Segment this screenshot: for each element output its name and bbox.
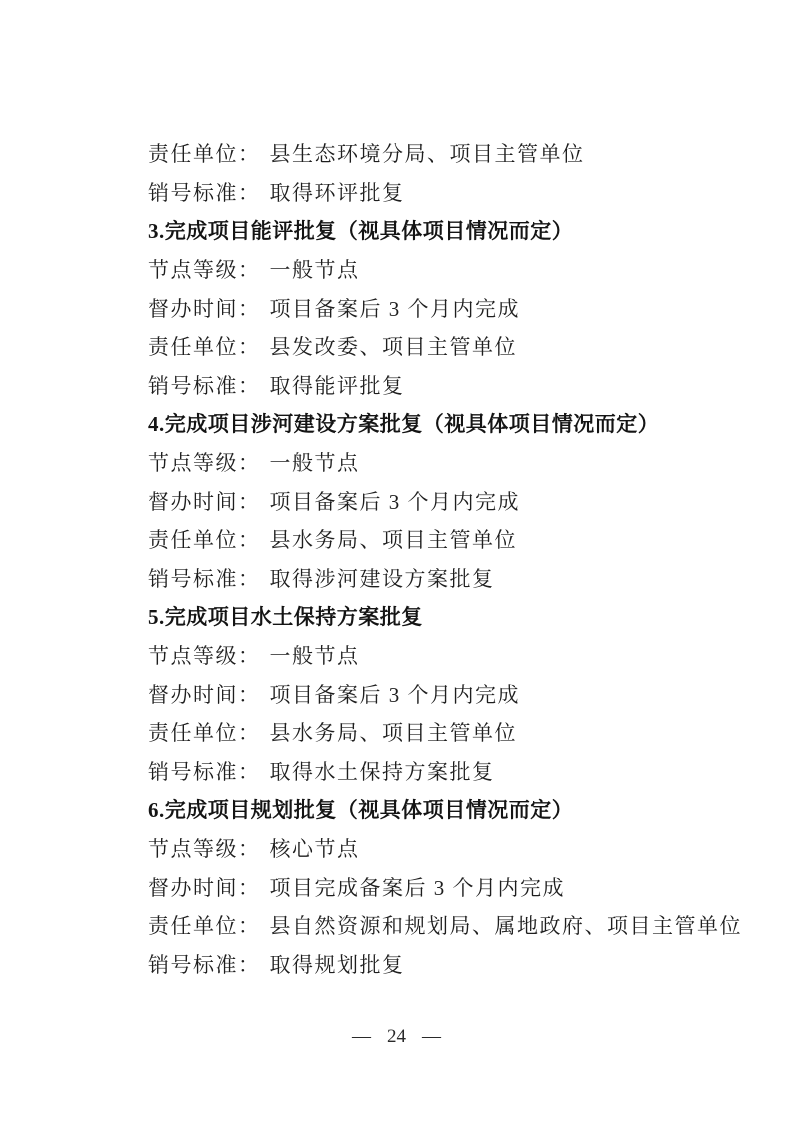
field-line: 节点等级：一般节点	[148, 443, 778, 482]
page-footer: —24—	[0, 1026, 793, 1048]
field-label: 责任单位：	[148, 138, 261, 168]
field-line: 督办时间：项目备案后 3 个月内完成	[148, 481, 778, 520]
field-line: 销号标准：取得环评批复	[148, 173, 778, 212]
field-value: 取得能评批复	[270, 370, 405, 400]
field-label: 销号标准：	[148, 563, 261, 593]
field-label: 督办时间：	[148, 872, 261, 902]
field-label: 销号标准：	[148, 949, 261, 979]
field-label: 销号标准：	[148, 756, 261, 786]
field-value: 县自然资源和规划局、属地政府、项目主管单位	[270, 910, 743, 940]
section-heading: 6.完成项目规划批复（视具体项目情况而定）	[148, 790, 778, 829]
field-line: 节点等级：一般节点	[148, 250, 778, 289]
field-label: 节点等级：	[148, 640, 261, 670]
field-label: 责任单位：	[148, 331, 261, 361]
field-label: 销号标准：	[148, 177, 261, 207]
field-label: 节点等级：	[148, 833, 261, 863]
field-line: 责任单位：县生态环境分局、项目主管单位	[148, 134, 778, 173]
field-value: 核心节点	[270, 833, 360, 863]
section-heading: 4.完成项目涉河建设方案批复（视具体项目情况而定）	[148, 404, 778, 443]
field-label: 责任单位：	[148, 524, 261, 554]
field-line: 责任单位：县水务局、项目主管单位	[148, 520, 778, 559]
document-body: 责任单位：县生态环境分局、项目主管单位销号标准：取得环评批复3.完成项目能评批复…	[148, 134, 778, 983]
field-value: 项目备案后 3 个月内完成	[270, 679, 521, 709]
field-label: 督办时间：	[148, 679, 261, 709]
field-value: 一般节点	[270, 254, 360, 284]
field-line: 销号标准：取得水土保持方案批复	[148, 752, 778, 791]
field-value: 县发改委、项目主管单位	[270, 331, 518, 361]
field-line: 销号标准：取得能评批复	[148, 366, 778, 405]
field-label: 销号标准：	[148, 370, 261, 400]
page-number: 24	[387, 1026, 406, 1047]
field-label: 责任单位：	[148, 717, 261, 747]
field-value: 一般节点	[270, 640, 360, 670]
field-value: 项目完成备案后 3 个月内完成	[270, 872, 566, 902]
field-line: 督办时间：项目完成备案后 3 个月内完成	[148, 867, 778, 906]
field-value: 县水务局、项目主管单位	[270, 524, 518, 554]
field-label: 督办时间：	[148, 486, 261, 516]
section-heading: 5.完成项目水土保持方案批复	[148, 597, 778, 636]
field-value: 取得环评批复	[270, 177, 405, 207]
footer-left-dash: —	[352, 1026, 371, 1047]
field-label: 节点等级：	[148, 447, 261, 477]
section-heading: 3.完成项目能评批复（视具体项目情况而定）	[148, 211, 778, 250]
field-line: 销号标准：取得规划批复	[148, 944, 778, 983]
field-line: 责任单位：县水务局、项目主管单位	[148, 713, 778, 752]
field-value: 一般节点	[270, 447, 360, 477]
field-value: 取得规划批复	[270, 949, 405, 979]
field-line: 责任单位：县发改委、项目主管单位	[148, 327, 778, 366]
field-value: 取得水土保持方案批复	[270, 756, 495, 786]
field-line: 销号标准：取得涉河建设方案批复	[148, 559, 778, 598]
field-value: 取得涉河建设方案批复	[270, 563, 495, 593]
document-page: 责任单位：县生态环境分局、项目主管单位销号标准：取得环评批复3.完成项目能评批复…	[0, 0, 793, 1122]
field-line: 督办时间：项目备案后 3 个月内完成	[148, 288, 778, 327]
field-label: 节点等级：	[148, 254, 261, 284]
field-value: 县生态环境分局、项目主管单位	[270, 138, 585, 168]
footer-right-dash: —	[422, 1026, 441, 1047]
field-value: 项目备案后 3 个月内完成	[270, 486, 521, 516]
field-value: 项目备案后 3 个月内完成	[270, 293, 521, 323]
field-label: 责任单位：	[148, 910, 261, 940]
field-value: 县水务局、项目主管单位	[270, 717, 518, 747]
field-line: 节点等级：一般节点	[148, 636, 778, 675]
field-line: 督办时间：项目备案后 3 个月内完成	[148, 674, 778, 713]
field-line: 责任单位：县自然资源和规划局、属地政府、项目主管单位	[148, 906, 778, 945]
field-line: 节点等级：核心节点	[148, 829, 778, 868]
field-label: 督办时间：	[148, 293, 261, 323]
